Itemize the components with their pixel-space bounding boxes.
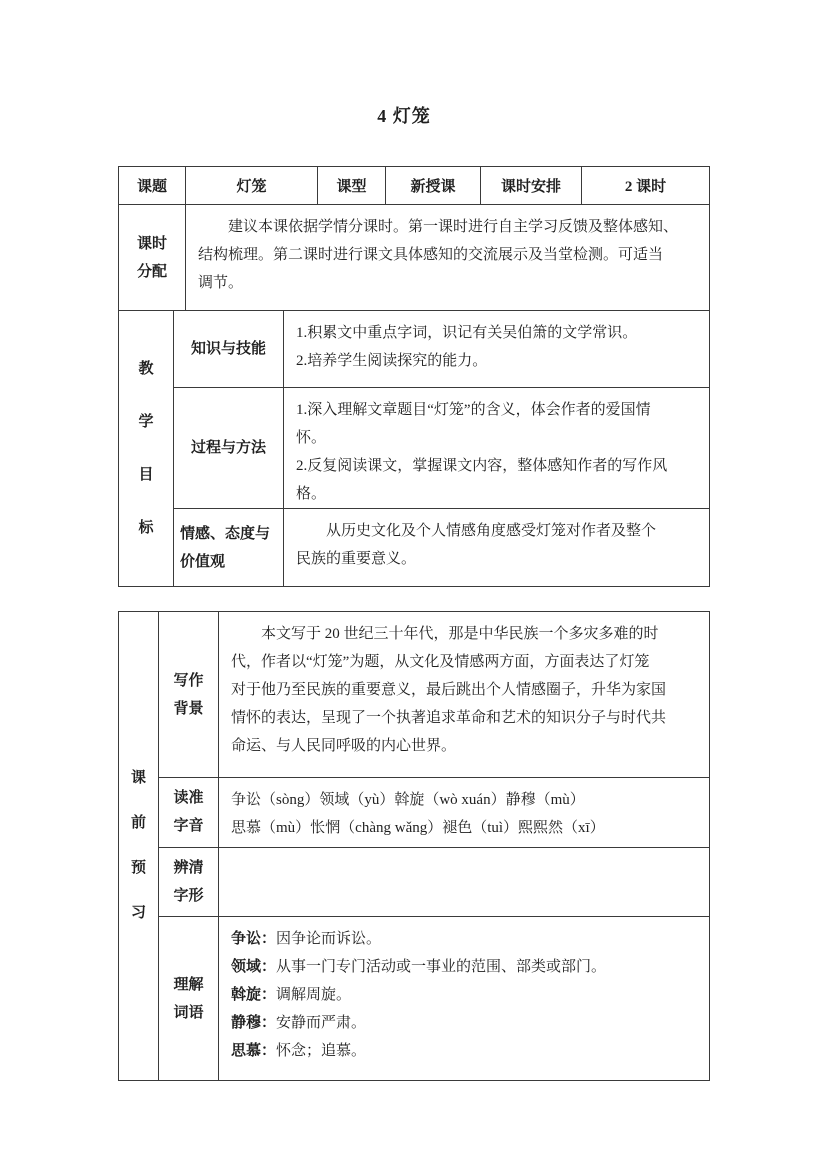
definition: 从事一门专门活动或一事业的范围、部类或部门。 <box>276 959 606 975</box>
text-line: 民族的重要意义。 <box>296 545 697 573</box>
period-allocation-label: 课时分配 <box>119 205 186 310</box>
glyph-content <box>219 848 709 917</box>
text-line: 本文写于 20 世纪三十年代，那是中华民族一个多灾多难的时 <box>231 620 697 648</box>
period-allocation-content: 建议本课依据学情分课时。第一课时进行自主学习反馈及整体感知、 结构梳理。第二课时… <box>186 205 709 310</box>
teaching-goals-label: 教 学 目 标 <box>119 311 174 586</box>
preview-rows: 写作背景 本文写于 20 世纪三十年代，那是中华民族一个多灾多难的时 代，作者以… <box>159 612 709 1080</box>
emotion-values-row: 情感、态度与价值观 从历史文化及个人情感角度感受灯笼对作者及整个 民族的重要意义… <box>174 509 709 586</box>
text-line: 结构梳理。第二课时进行课文具体感知的交流展示及当堂检测。可适当 <box>198 241 697 269</box>
definition: 调解周旋。 <box>276 987 351 1003</box>
period-allocation-row: 课时分配 建议本课依据学情分课时。第一课时进行自主学习反馈及整体感知、 结构梳理… <box>119 205 709 311</box>
text-line: 思慕（mù）怅惘（chàng wǎng）褪色（tuì）熙熙然（xī） <box>231 814 697 842</box>
page-title: 4 灯笼 <box>118 103 690 129</box>
term: 争讼： <box>231 931 276 947</box>
lesson-plan-table: 课题 灯笼 课型 新授课 课时安排 2 课时 课时分配 建议本课依据学情分课时。… <box>118 166 710 587</box>
knowledge-skills-label: 知识与技能 <box>174 311 284 387</box>
text-line: 建议本课依据学情分课时。第一课时进行自主学习反馈及整体感知、 <box>198 213 697 241</box>
term-line: 领域：从事一门专门活动或一事业的范围、部类或部门。 <box>231 953 697 981</box>
preview-table: 课 前 预 习 写作背景 本文写于 20 世纪三十年代，那是中华民族一个多灾多难… <box>118 611 710 1081</box>
periods-label-cell: 课时安排 <box>481 167 582 204</box>
text-line: 2.培养学生阅读探究的能力。 <box>296 347 697 375</box>
teaching-goals-rows: 知识与技能 1.积累文中重点字词，识记有关吴伯箫的文学常识。 2.培养学生阅读探… <box>174 311 709 586</box>
text-line: 1.积累文中重点字词，识记有关吴伯箫的文学常识。 <box>296 319 697 347</box>
glyph-row: 辨清字形 <box>159 848 709 918</box>
pronunciation-label: 读准字音 <box>159 778 219 847</box>
text-line: 1.深入理解文章题目“灯笼”的含义，体会作者的爱国情 <box>296 396 697 424</box>
term-line: 斡旋：调解周旋。 <box>231 981 697 1009</box>
writing-background-row: 写作背景 本文写于 20 世纪三十年代，那是中华民族一个多灾多难的时 代，作者以… <box>159 612 709 778</box>
writing-background-content: 本文写于 20 世纪三十年代，那是中华民族一个多灾多难的时 代，作者以“灯笼”为… <box>219 612 709 777</box>
process-method-label: 过程与方法 <box>174 388 284 508</box>
process-method-content: 1.深入理解文章题目“灯笼”的含义，体会作者的爱国情 怀。 2.反复阅读课文，掌… <box>284 388 709 508</box>
text-line: 怀。 <box>296 424 697 452</box>
topic-label-cell: 课题 <box>119 167 186 204</box>
text-line: 争讼（sòng）领域（yù）斡旋（wò xuán）静穆（mù） <box>231 786 697 814</box>
lesson-info-row: 课题 灯笼 课型 新授课 课时安排 2 课时 <box>119 167 709 205</box>
term-line: 争讼：因争论而诉讼。 <box>231 925 697 953</box>
text-line: 调节。 <box>198 269 697 297</box>
text-line: 2.反复阅读课文，掌握课文内容，整体感知作者的写作风 <box>296 452 697 480</box>
text-line: 对于他乃至民族的重要意义，最后跳出个人情感圈子，升华为家国 <box>231 676 697 704</box>
term: 思慕： <box>231 1043 276 1059</box>
term: 斡旋： <box>231 987 276 1003</box>
process-method-row: 过程与方法 1.深入理解文章题目“灯笼”的含义，体会作者的爱国情 怀。 2.反复… <box>174 388 709 509</box>
emotion-values-label: 情感、态度与价值观 <box>174 509 284 586</box>
periods-value-cell: 2 课时 <box>582 167 709 204</box>
emotion-values-content: 从历史文化及个人情感角度感受灯笼对作者及整个 民族的重要意义。 <box>284 509 709 586</box>
document-page: 4 灯笼 课题 灯笼 课型 新授课 课时安排 2 课时 课时分配 建议本课依据学… <box>0 0 827 1169</box>
preview-label: 课 前 预 习 <box>119 612 159 1080</box>
text-line: 代，作者以“灯笼”为题，从文化及情感两方面，方面表达了灯笼 <box>231 648 697 676</box>
text-line: 格。 <box>296 480 697 508</box>
text-line: 情怀的表达，呈现了一个执著追求革命和艺术的知识分子与时代共 <box>231 704 697 732</box>
text-line: 从历史文化及个人情感角度感受灯笼对作者及整个 <box>296 517 697 545</box>
word-meanings-label: 理解词语 <box>159 917 219 1080</box>
preview-section: 课 前 预 习 写作背景 本文写于 20 世纪三十年代，那是中华民族一个多灾多难… <box>119 612 709 1080</box>
lesson-type-value-cell: 新授课 <box>386 167 481 204</box>
word-meanings-row: 理解词语 争讼：因争论而诉讼。 领域：从事一门专门活动或一事业的范围、部类或部门… <box>159 917 709 1080</box>
knowledge-skills-content: 1.积累文中重点字词，识记有关吴伯箫的文学常识。 2.培养学生阅读探究的能力。 <box>284 311 709 387</box>
definition: 怀念；追慕。 <box>276 1043 366 1059</box>
writing-background-label: 写作背景 <box>159 612 219 777</box>
term: 领域： <box>231 959 276 975</box>
pronunciation-content: 争讼（sòng）领域（yù）斡旋（wò xuán）静穆（mù） 思慕（mù）怅惘… <box>219 778 709 847</box>
topic-value-cell: 灯笼 <box>186 167 318 204</box>
term-line: 静穆：安静而严肃。 <box>231 1009 697 1037</box>
knowledge-skills-row: 知识与技能 1.积累文中重点字词，识记有关吴伯箫的文学常识。 2.培养学生阅读探… <box>174 311 709 388</box>
definition: 因争论而诉讼。 <box>276 931 381 947</box>
text-line: 命运、与人民同呼吸的内心世界。 <box>231 732 697 760</box>
glyph-label: 辨清字形 <box>159 848 219 917</box>
term: 静穆： <box>231 1015 276 1031</box>
pronunciation-row: 读准字音 争讼（sòng）领域（yù）斡旋（wò xuán）静穆（mù） 思慕（… <box>159 778 709 848</box>
teaching-goals-section: 教 学 目 标 知识与技能 1.积累文中重点字词，识记有关吴伯箫的文学常识。 2… <box>119 311 709 586</box>
term-line: 思慕：怀念；追慕。 <box>231 1037 697 1065</box>
lesson-type-label-cell: 课型 <box>318 167 386 204</box>
definition: 安静而严肃。 <box>276 1015 366 1031</box>
word-meanings-content: 争讼：因争论而诉讼。 领域：从事一门专门活动或一事业的范围、部类或部门。 斡旋：… <box>219 917 709 1080</box>
